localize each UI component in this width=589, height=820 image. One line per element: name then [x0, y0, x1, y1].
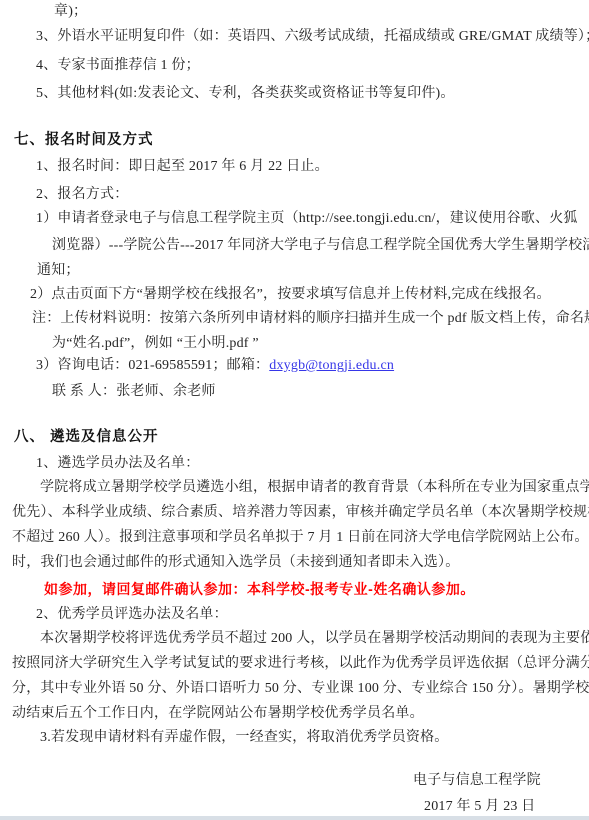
- text-line-6: 2、报名方式：: [36, 185, 128, 205]
- text-line-18: 优先）、本科学业成绩、综合素质、培养潜力等因素，审核并确定学员名单（本次暑期学校…: [12, 503, 589, 523]
- line-text: 注：上传材料说明：按第六条所列申请材料的顺序扫描并生成一个 pdf 版文档上传，…: [32, 311, 589, 326]
- line-text: 5、其他材料(如:发表论文、专利，各类获奖或资格证书等复印件)。: [36, 86, 455, 101]
- text-line-28: 电子与信息工程学院: [413, 771, 541, 791]
- text-line-7: 1）申请者登录电子与信息工程学院主页（http://see.tongji.edu…: [36, 209, 578, 229]
- line-text: 优先）、本科学业成绩、综合素质、培养潜力等因素，审核并确定学员名单（本次暑期学校…: [12, 505, 589, 520]
- text-line-23: 本次暑期学校将评选优秀学员不超过 200 人，以学员在暑期学校活动期间的表现为主…: [40, 629, 589, 649]
- line-text: 1、报名时间：即日起至 2017 年 6 月 22 日止。: [36, 159, 329, 174]
- line-text: 3、外语水平证明复印件（如：英语四、六级考试成绩，托福成绩或 GRE/GMAT …: [36, 29, 589, 44]
- text-line-27: 3.若发现申请材料有弄虚作假，一经查实，将取消优秀学员资格。: [40, 728, 449, 748]
- line-text: 4、专家书面推荐信 1 份；: [36, 58, 200, 73]
- text-line-17: 学院将成立暑期学校学员遴选小组，根据申请者的教育背景（本科所在专业为国家重点学科: [40, 478, 589, 498]
- text-line-15: 八、 遴选及信息公开: [14, 427, 159, 447]
- email-link[interactable]: dxygb@tongji.edu.cn: [269, 358, 394, 373]
- text-line-5: 1、报名时间：即日起至 2017 年 6 月 22 日止。: [36, 157, 329, 177]
- line-text: 分，其中专业外语 50 分、外语口语听力 50 分、专业课 100 分、专业综合…: [12, 681, 589, 696]
- line-text: 2）点击页面下方“暑期学校在线报名”，按要求填写信息并上传材料,完成在线报名。: [30, 287, 551, 302]
- line-text: 3）咨询电话：021-69585591；邮箱：: [36, 358, 269, 373]
- line-text: 2、优秀学员评选办法及名单：: [36, 607, 228, 622]
- line-text: 按照同济大学研究生入学考试复试的要求进行考核，以此作为优秀学员评选依据（总评分满…: [12, 656, 589, 671]
- line-text: 浏览器）---学院公告---2017 年同济大学电子与信息工程学院全国优秀大学生…: [52, 238, 589, 253]
- text-line-11: 注：上传材料说明：按第六条所列申请材料的顺序扫描并生成一个 pdf 版文档上传，…: [32, 309, 589, 329]
- text-line-16: 1、遴选学员办法及名单：: [36, 454, 199, 474]
- text-line-12: 为“姓名.pdf”，例如 “王小明.pdf ”: [52, 334, 259, 354]
- text-line-20: 时，我们也会通过邮件的形式通知入选学员（未接到通知者即未入选）。: [12, 553, 459, 573]
- line-text: 电子与信息工程学院: [413, 773, 541, 788]
- text-line-1: 3、外语水平证明复印件（如：英语四、六级考试成绩，托福成绩或 GRE/GMAT …: [36, 27, 589, 47]
- line-text: 3.若发现申请材料有弄虚作假，一经查实，将取消优秀学员资格。: [40, 730, 449, 745]
- line-text: 1、遴选学员办法及名单：: [36, 456, 199, 471]
- text-line-8: 浏览器）---学院公告---2017 年同济大学电子与信息工程学院全国优秀大学生…: [52, 236, 589, 256]
- text-line-25: 分，其中专业外语 50 分、外语口语听力 50 分、专业课 100 分、专业综合…: [12, 679, 589, 699]
- line-text: 为“姓名.pdf”，例如 “王小明.pdf ”: [52, 336, 259, 351]
- line-text: 动结束后五个工作日内，在学院网站公布暑期学校优秀学员名单。: [12, 706, 424, 721]
- line-text: 本次暑期学校将评选优秀学员不超过 200 人，以学员在暑期学校活动期间的表现为主…: [40, 631, 589, 646]
- line-text: 通知；: [37, 263, 80, 278]
- line-text: 2017 年 5 月 23 日: [424, 799, 536, 814]
- text-line-10: 2）点击页面下方“暑期学校在线报名”，按要求填写信息并上传材料,完成在线报名。: [30, 285, 551, 305]
- line-text: 如参加，请回复邮件确认参加：本科学校-报考专业-姓名确认参加。: [44, 581, 475, 597]
- line-text: 学院将成立暑期学校学员遴选小组，根据申请者的教育背景（本科所在专业为国家重点学科: [40, 480, 589, 495]
- line-text: 时，我们也会通过邮件的形式通知入选学员（未接到通知者即未入选）。: [12, 555, 459, 570]
- text-line-26: 动结束后五个工作日内，在学院网站公布暑期学校优秀学员名单。: [12, 704, 424, 724]
- line-text: 章)；: [54, 4, 87, 19]
- text-line-9: 通知；: [37, 261, 80, 281]
- text-line-3: 5、其他材料(如:发表论文、专利，各类获奖或资格证书等复印件)。: [36, 84, 455, 104]
- line-text: 1）申请者登录电子与信息工程学院主页（http://see.tongji.edu…: [36, 211, 578, 226]
- line-text: 联 系 人：张老师、余老师: [52, 384, 216, 399]
- text-line-19: 不超过 260 人）。报到注意事项和学员名单拟于 7 月 1 日前在同济大学电信…: [12, 528, 589, 548]
- document-page: 章)；3、外语水平证明复印件（如：英语四、六级考试成绩，托福成绩或 GRE/GM…: [0, 0, 589, 820]
- line-text: 七、报名时间及方式: [14, 132, 154, 148]
- text-line-13: 3）咨询电话：021-69585591；邮箱：dxygb@tongji.edu.…: [36, 356, 394, 376]
- text-line-24: 按照同济大学研究生入学考试复试的要求进行考核，以此作为优秀学员评选依据（总评分满…: [12, 654, 589, 674]
- text-line-14: 联 系 人：张老师、余老师: [52, 382, 216, 402]
- text-line-0: 章)；: [54, 2, 87, 22]
- line-text: 八、 遴选及信息公开: [14, 429, 159, 445]
- text-line-21: 如参加，请回复邮件确认参加：本科学校-报考专业-姓名确认参加。: [44, 579, 475, 599]
- text-line-29: 2017 年 5 月 23 日: [424, 797, 536, 817]
- line-text: 不超过 260 人）。报到注意事项和学员名单拟于 7 月 1 日前在同济大学电信…: [12, 530, 589, 545]
- text-line-4: 七、报名时间及方式: [14, 130, 154, 150]
- text-line-22: 2、优秀学员评选办法及名单：: [36, 605, 228, 625]
- line-text: 2、报名方式：: [36, 187, 128, 202]
- text-line-2: 4、专家书面推荐信 1 份；: [36, 56, 200, 76]
